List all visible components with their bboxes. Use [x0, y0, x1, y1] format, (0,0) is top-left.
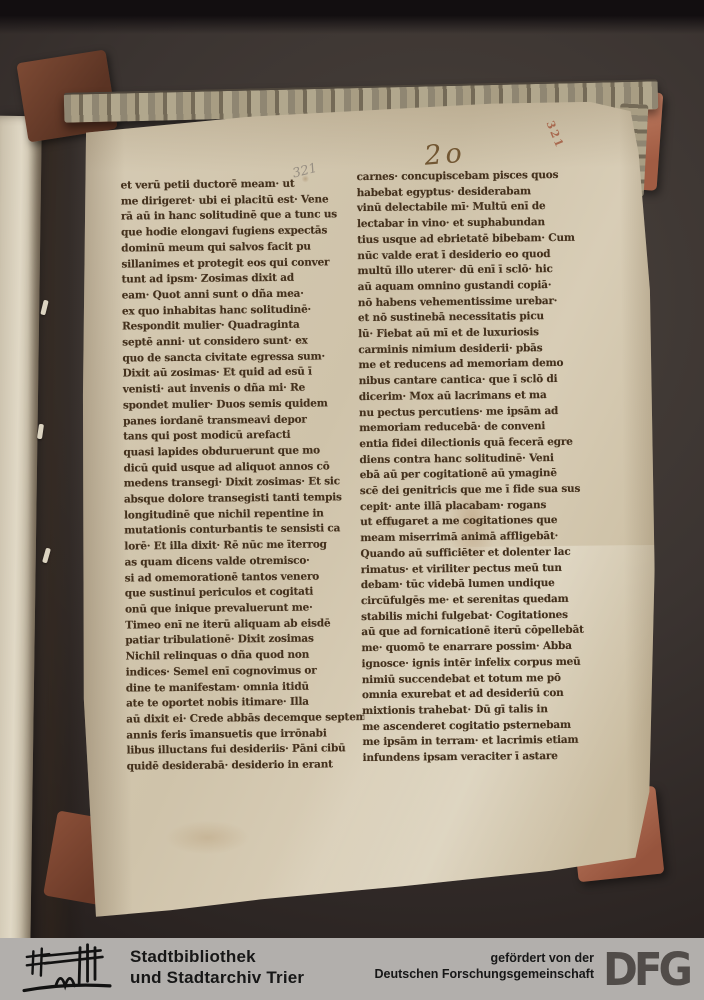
- manuscript-line: quo de sancta civitate egressa sum·: [122, 349, 360, 367]
- stadtbibliothek-logo: [16, 942, 118, 998]
- manuscript-line: spondet mulier· Duos semis quidem: [123, 396, 361, 414]
- manuscript-photo: 2o 321 321 et verū petii ductorē meam· u…: [0, 0, 704, 938]
- text-column-left: et verū petii ductorē meam· utme diriger…: [121, 176, 365, 775]
- folio-number-red: 321: [544, 120, 564, 151]
- funding-line1: gefördert von der: [375, 950, 595, 966]
- digitized-manuscript-view: 2o 321 321 et verū petii ductorē meam· u…: [0, 0, 704, 1000]
- manuscript-line: que hodie elongavi fugiens expectās: [121, 223, 359, 241]
- manuscript-line: Quando aū sufficiēter et dolenter lac: [360, 544, 598, 562]
- funding-credit: gefördert von der Deutschen Forschungsge…: [375, 950, 595, 982]
- manuscript-line: absque dolore transegisti tanti tempis: [124, 490, 362, 508]
- manuscript-line: me ipsām in terram· et lacrimis etiam: [362, 733, 600, 751]
- library-name-line2: und Stadtarchiv Trier: [130, 967, 304, 988]
- manuscript-line: lorē· Et illa dixit· Rē nūc me īterrog: [124, 537, 362, 555]
- manuscript-line: sillanimes et protegit eos qui conver: [121, 255, 359, 273]
- manuscript-line: me et reducens ad memoriam demo: [358, 356, 596, 374]
- manuscript-line: entia fidei dilectionis quā fecerā egre: [359, 435, 597, 453]
- dfg-logo: DFG: [598, 942, 694, 996]
- text-column-right: carnes· concupiscebam pisces quoshabebat…: [356, 168, 600, 767]
- footer-banner: Stadtbibliothek und Stadtarchiv Trier ge…: [0, 938, 704, 1000]
- manuscript-line: scē dei genitricis que me ī fide sua sus: [360, 482, 598, 500]
- manuscript-line: ignosce· ignis intēr infelix corpus meū: [362, 654, 600, 672]
- library-name: Stadtbibliothek und Stadtarchiv Trier: [130, 946, 304, 988]
- photo-top-shadow: [0, 0, 704, 34]
- quire-mark: 2o: [423, 140, 466, 170]
- manuscript-line: infundens ipsam veraciter ī astare: [363, 749, 601, 767]
- manuscript-line: aū dixit ei· Crede abbās decemque septem: [126, 710, 364, 728]
- funding-line2: Deutschen Forschungsgemeinschaft: [375, 966, 595, 982]
- parchment-page: 2o 321 321 et verū petii ductorē meam· u…: [72, 93, 663, 921]
- manuscript-line: tius usque ad ebrietatē bibebam· Cum: [357, 230, 595, 248]
- manuscript-line: Timeo enī ne iterū aliquam ab eisdē: [125, 616, 363, 634]
- library-name-line1: Stadtbibliothek: [130, 946, 304, 967]
- manuscript-line: quidē desiderabā· desiderio in erant: [127, 757, 365, 775]
